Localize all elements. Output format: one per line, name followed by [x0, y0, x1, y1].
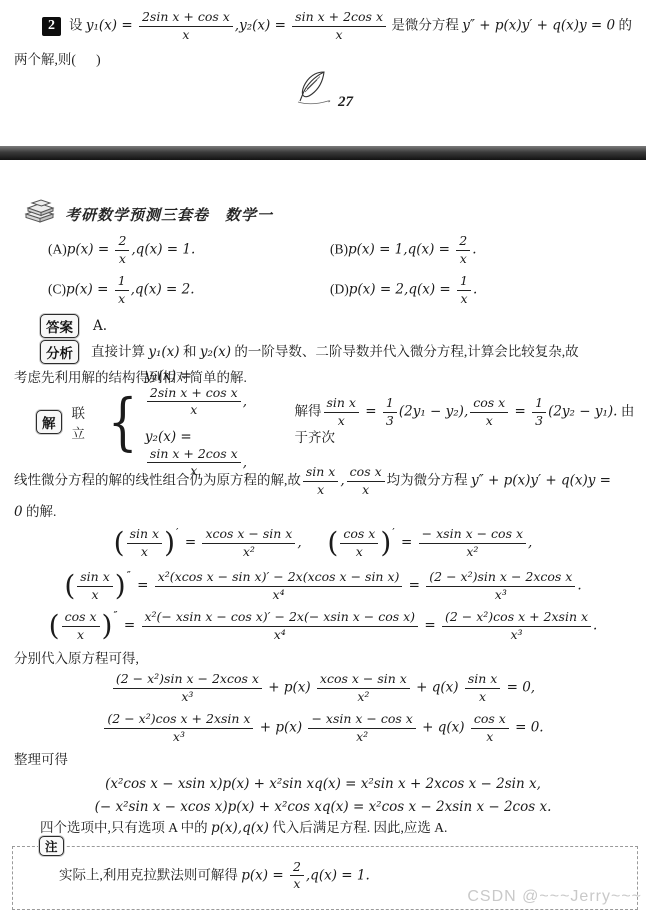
- math-text: ,: [340, 473, 344, 489]
- problem-block: 2 设 y₁(x) = 2sin x + cos xx,y₂(x) = sin …: [14, 8, 638, 70]
- fraction: 13: [383, 396, 397, 428]
- math-text: + q(x): [418, 720, 469, 736]
- fraction: sin xx: [303, 465, 339, 497]
- derivative-line-1: (sin xx)′ = xcos x − sin xx², (cos xx)′ …: [0, 524, 646, 562]
- fraction: − xsin x − cos xx²: [308, 712, 415, 744]
- fraction: xcos x − sin xx²: [317, 672, 410, 704]
- math-text: =: [397, 535, 417, 551]
- solution-badge: 解: [36, 410, 62, 434]
- big-paren: ): [164, 529, 175, 557]
- tidied-equation-1: (x²cos x − xsin x)p(x) + x²sin xq(x) = x…: [0, 773, 646, 795]
- equation-system: y₁(x) = 2sin x + cos xx, y₂(x) = sin x +…: [145, 366, 287, 479]
- solution-paragraph-line1: 线性微分方程的解的线性组合仍为原方程的解,故sin xx,cos xx均为微分方…: [14, 464, 611, 498]
- math-text: ,: [528, 535, 532, 551]
- math-text: p(x) =: [241, 867, 288, 883]
- note-badge: 注: [39, 836, 64, 856]
- feather-quill-icon: [293, 70, 335, 111]
- problem-line-1: 2 设 y₁(x) = 2sin x + cos xx,y₂(x) = sin …: [14, 8, 638, 44]
- derivative-line-2: (sin xx)″ = x²(xcos x − sin x)′ − 2x(xco…: [0, 566, 646, 606]
- option-c: (C)p(x) = 1x,q(x) = 2.: [48, 274, 330, 306]
- superscript: ″: [127, 569, 131, 583]
- math-text: =: [510, 404, 530, 420]
- fraction: sin xx: [127, 527, 163, 559]
- big-paren: ): [115, 572, 126, 600]
- fraction: x²(xcos x − sin x)′ − 2x(xcos x − sin x)…: [155, 570, 403, 602]
- problem-number-badge: 2: [42, 17, 61, 36]
- math-text: p(x) =: [66, 282, 113, 298]
- fraction: 2x: [115, 234, 129, 266]
- options-row-1: (A)p(x) = 2x,q(x) = 1. (B)p(x) = 1,q(x) …: [48, 232, 646, 268]
- fraction: 13: [532, 396, 546, 428]
- math-text: =: [120, 618, 140, 634]
- math-text: 0: [14, 504, 23, 520]
- fraction: 2sin x + cos xx: [147, 386, 241, 418]
- big-paren: (: [327, 529, 338, 557]
- math-text: y₂(x): [200, 344, 231, 360]
- fraction: 1x: [115, 274, 129, 306]
- math-text: =: [420, 618, 440, 634]
- superscript: ″: [113, 609, 117, 623]
- big-paren: ): [380, 529, 391, 557]
- solution-paragraph-text1: 线性微分方程的解的线性组合仍为原方程的解,故sin xx,cos xx均为微分方…: [14, 465, 611, 497]
- fraction: xcos x − sin xx²: [202, 527, 295, 559]
- math-text: =: [361, 404, 381, 420]
- superscript: ′: [392, 526, 395, 540]
- math-text: =: [181, 535, 201, 551]
- tidied-equation-2-formula: (− x²sin x − xcos x)p(x) + x²cos xq(x) =…: [95, 797, 552, 817]
- fraction: (2 − x²)sin x − 2xcos xx³: [426, 570, 575, 602]
- fraction: 2x: [456, 234, 470, 266]
- plain-text: 的一阶导数、二阶导数并代入微分方程,计算会比较复杂,故: [231, 344, 579, 359]
- derivative-line-3: (cos xx)″ = x²(− xsin x − cos x)′ − 2x(−…: [0, 606, 646, 646]
- math-text: =: [133, 578, 153, 594]
- superscript: ′: [176, 526, 179, 540]
- math-text: .: [473, 282, 477, 298]
- books-icon: [24, 198, 56, 230]
- math-text: y₁(x) =: [145, 368, 196, 384]
- big-paren: (: [114, 529, 125, 557]
- analysis-text-line1: 直接计算 y₁(x) 和 y₂(x) 的一阶导数、二阶导数并代入微分方程,计算会…: [91, 342, 579, 362]
- math-text: .: [577, 578, 581, 594]
- plain-text: 解得: [295, 404, 322, 419]
- fraction: 1x: [457, 274, 471, 306]
- math-text: (x²cos x − xsin x)p(x) + x²sin xq(x) = x…: [105, 776, 541, 792]
- plain-text: 代入后满足方程. 因此,应选 A.: [269, 820, 448, 835]
- plain-text: 实际上,利用克拉默法则可解得: [59, 867, 241, 882]
- fraction: − xsin x − cos xx²: [419, 527, 526, 559]
- tidy-label: 整理可得: [14, 751, 68, 769]
- math-text: = 0,: [502, 680, 535, 696]
- math-text: y₂(x) =: [145, 428, 196, 444]
- plain-text: (A): [48, 242, 67, 257]
- fraction: cos xx: [470, 396, 508, 428]
- math-text: p(x),q(x): [211, 820, 269, 836]
- math-text: p(x) = 2,q(x) =: [349, 282, 455, 298]
- options-row-2: (C)p(x) = 1x,q(x) = 2. (D)p(x) = 2,q(x) …: [48, 272, 646, 308]
- fraction: cos xx: [347, 465, 385, 497]
- substitute-label: 分别代入原方程可得,: [14, 650, 139, 668]
- solution-lianli-label: 联立: [72, 402, 97, 442]
- plain-text: 和: [180, 344, 200, 359]
- fraction: sin x + 2cos xx: [292, 10, 386, 42]
- option-a: (A)p(x) = 2x,q(x) = 1.: [48, 234, 330, 266]
- math-text: y₁(x): [148, 344, 179, 360]
- answer-value: A.: [93, 318, 107, 334]
- page-header: 考研数学预测三套卷 数学一: [24, 198, 273, 230]
- math-text: ,q(x) = 2.: [131, 282, 195, 298]
- tidied-equation-1-formula: (x²cos x − xsin x)p(x) + x²sin xq(x) = x…: [105, 774, 541, 794]
- option-d: (D)p(x) = 2,q(x) = 1x.: [330, 274, 477, 306]
- fraction: 2sin x + cos xx: [139, 10, 233, 42]
- second-derivative-sin-formula: (sin xx)″ = x²(xcos x − sin x)′ − 2x(xco…: [64, 570, 581, 602]
- math-text: = 0.: [511, 720, 544, 736]
- fraction: cos xx: [471, 712, 509, 744]
- first-derivatives-formula: (sin xx)′ = xcos x − sin xx², (cos xx)′ …: [114, 527, 533, 559]
- math-text: + p(x): [255, 720, 306, 736]
- note-content: 实际上,利用克拉默法则可解得 p(x) = 2x,q(x) = 1.: [59, 860, 370, 892]
- substituted-equation-1-formula: (2 − x²)sin x − 2xcos xx³ + p(x) xcos x …: [111, 672, 535, 704]
- analysis-row-1: 分析 直接计算 y₁(x) 和 y₂(x) 的一阶导数、二阶导数并代入微分方程,…: [40, 340, 579, 364]
- math-text: (2y₁ − y₂),: [399, 404, 468, 420]
- plain-text: 的: [615, 18, 632, 33]
- math-text: (− x²sin x − xcos x)p(x) + x²cos xq(x) =…: [95, 799, 552, 815]
- scanned-textbook-page: 2 设 y₁(x) = 2sin x + cos xx,y₂(x) = sin …: [0, 0, 646, 920]
- plain-text: (D): [330, 282, 349, 297]
- solution-paragraph-line2: 0 的解.: [14, 502, 56, 522]
- analysis-badge: 分析: [40, 340, 79, 364]
- math-text: ,: [243, 393, 247, 409]
- fraction: sin xx: [465, 672, 501, 704]
- math-text: ,y₂(x) =: [235, 18, 290, 34]
- page-separator-band: [0, 146, 646, 160]
- system-equation-1: y₁(x) = 2sin x + cos xx,: [145, 366, 287, 418]
- math-text: (2y₂ − y₁).: [548, 404, 617, 420]
- math-text: + p(x): [264, 680, 315, 696]
- fraction: (2 − x²)cos x + 2xsin xx³: [104, 712, 253, 744]
- answer-row: 答案 A.: [40, 314, 107, 338]
- plain-text: 是微分方程: [388, 18, 462, 33]
- fraction: cos xx: [340, 527, 378, 559]
- answer-badge: 答案: [40, 314, 79, 338]
- math-text: ,: [297, 535, 327, 551]
- second-derivative-cos-formula: (cos xx)″ = x²(− xsin x − cos x)′ − 2x(−…: [49, 610, 598, 642]
- system-brace: {: [108, 391, 138, 453]
- math-text: ,q(x) = 1.: [306, 867, 370, 883]
- math-text: y₁(x) =: [86, 18, 137, 34]
- math-text: .: [593, 618, 597, 634]
- plain-text: 均为微分方程: [387, 473, 471, 488]
- fraction: sin xx: [324, 396, 360, 428]
- math-text: =: [404, 578, 424, 594]
- page-marker: 27: [0, 70, 646, 111]
- substituted-equation-2-formula: (2 − x²)cos x + 2xsin xx³ + p(x) − xsin …: [102, 712, 543, 744]
- fraction: x²(− xsin x − cos x)′ − 2x(− xsin x − co…: [142, 610, 419, 642]
- math-text: y″ + p(x)y′ + q(x)y = 0: [462, 18, 615, 34]
- math-text: p(x) =: [67, 242, 114, 258]
- book-title: 考研数学预测三套卷 数学一: [65, 204, 273, 225]
- substituted-equation-2: (2 − x²)cos x + 2xsin xx³ + p(x) − xsin …: [0, 708, 646, 748]
- problem-line-2: 两个解,则( ): [14, 50, 638, 70]
- plain-text: (C): [48, 282, 66, 297]
- fraction: (2 − x²)cos x + 2xsin xx³: [442, 610, 591, 642]
- big-paren: (: [64, 572, 75, 600]
- math-text: p(x) = 1,q(x) =: [348, 242, 454, 258]
- plain-text: 四个选项中,只有选项 A 中的: [40, 820, 211, 835]
- watermark-text: CSDN @~~~Jerry~~~: [467, 888, 642, 906]
- fraction: (2 − x²)sin x − 2xcos xx³: [113, 672, 262, 704]
- option-b: (B)p(x) = 1,q(x) = 2x.: [330, 234, 477, 266]
- math-text: .: [472, 242, 476, 258]
- conclusion-line: 四个选项中,只有选项 A 中的 p(x),q(x) 代入后满足方程. 因此,应选…: [40, 818, 447, 838]
- plain-text: 直接计算: [91, 344, 148, 359]
- plain-text: 设: [69, 18, 86, 33]
- solution-deduction: 解得sin xx = 13(2y₁ − y₂),cos xx = 13(2y₂ …: [295, 396, 646, 448]
- plain-text: (B): [330, 242, 348, 257]
- plain-text: 线性微分方程的解的线性组合仍为原方程的解,故: [14, 473, 301, 488]
- substituted-equation-1: (2 − x²)sin x − 2xcos xx³ + p(x) xcos x …: [0, 668, 646, 708]
- solution-row: 解 联立 { y₁(x) = 2sin x + cos xx, y₂(x) = …: [36, 386, 646, 458]
- fraction: 2x: [290, 860, 304, 892]
- big-paren: (: [49, 612, 60, 640]
- fraction: sin xx: [77, 570, 113, 602]
- plain-text: 的解.: [23, 504, 57, 519]
- tidied-equation-2: (− x²sin x − xcos x)p(x) + x²cos xq(x) =…: [0, 796, 646, 818]
- page-number: 27: [338, 94, 353, 111]
- math-text: + q(x): [412, 680, 463, 696]
- problem-statement: 设 y₁(x) = 2sin x + cos xx,y₂(x) = sin x …: [69, 10, 632, 42]
- math-text: y″ + p(x)y′ + q(x)y =: [471, 473, 611, 489]
- big-paren: ): [102, 612, 113, 640]
- plain-text: 两个解,则( ): [14, 52, 101, 67]
- math-text: ,q(x) = 1.: [131, 242, 195, 258]
- fraction: cos xx: [62, 610, 100, 642]
